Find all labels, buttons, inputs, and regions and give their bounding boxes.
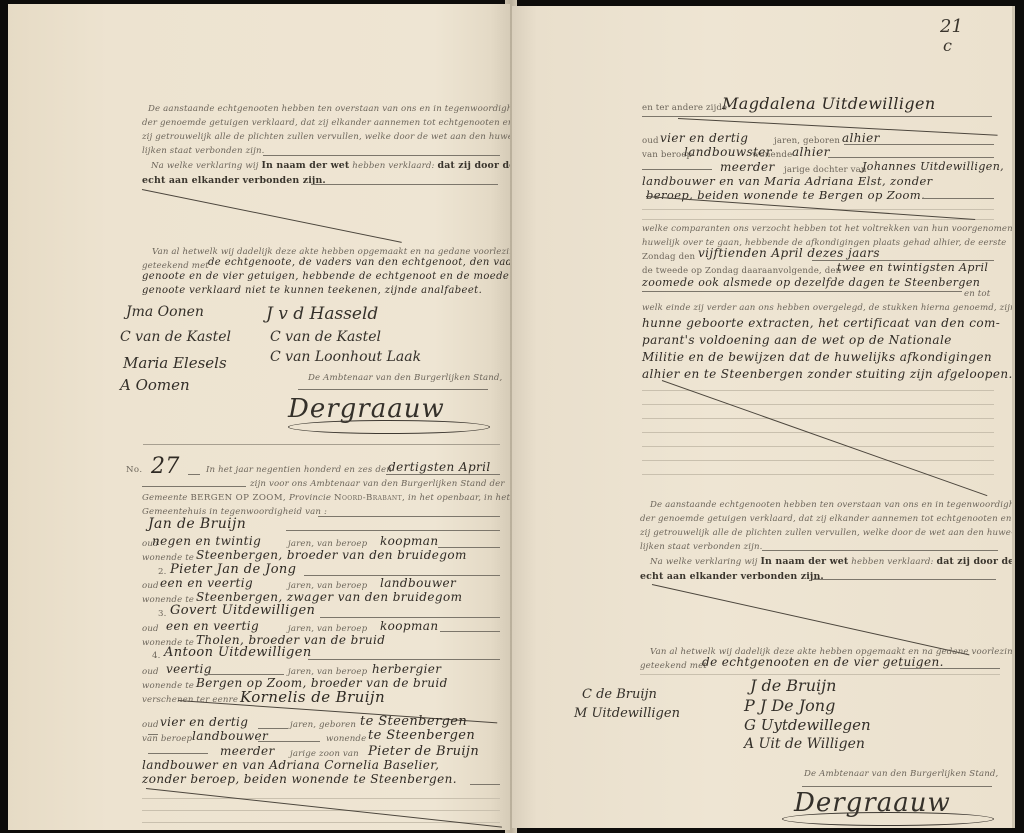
zondag-label: Zondag den: [642, 252, 695, 262]
strike-line: [652, 584, 970, 655]
fill-line: [642, 116, 992, 117]
closing-handwritten: genoote en de vier getuigen, hebbende de…: [142, 271, 510, 282]
closing-signed-label: geteekend met: [640, 661, 707, 671]
record-intro: In het jaar negentien honderd en zes den: [206, 465, 392, 475]
fill-line: [762, 550, 998, 551]
groom-parents: landbouwer en van Adriana Cornelia Basel…: [142, 758, 439, 772]
documents-handwritten: parant's voldoening aan de wet op de Nat…: [642, 333, 952, 347]
witness-occupation: koopman: [380, 619, 438, 633]
witness-name: Govert Uitdewilligen: [170, 603, 315, 618]
first-proclamation: vijftienden April dezes jaars: [698, 246, 880, 260]
pronouncement-middle: hebben verklaard:: [851, 557, 933, 567]
page-letter: c: [943, 36, 952, 55]
pronouncement-prefix: Na welke verklaring wij: [151, 161, 259, 171]
gemeente-label: Gemeente: [142, 493, 188, 503]
pronouncement-line: Na welke verklaring wij In naam der wet …: [650, 556, 1015, 567]
pronouncement-end: echt aan elkander verbonden zijn.: [142, 175, 326, 186]
andere-zijde-label: en ter andere zijde: [642, 103, 727, 113]
signature: C de Bruijn: [582, 687, 657, 702]
declaration-line: lijken staat verbonden zijn.: [142, 146, 265, 156]
ruled-line: [142, 822, 500, 823]
groom-parents: zonder beroep, beiden wonende te Steenbe…: [142, 772, 457, 786]
oud-label: oud: [142, 720, 159, 730]
groom-father: Pieter de Bruijn: [368, 744, 479, 759]
signature: G Uytdewillegen: [744, 716, 871, 734]
groom-residence: te Steenbergen: [368, 728, 475, 743]
groom-name: Kornelis de Bruijn: [240, 688, 385, 706]
witness-number: 4.: [152, 651, 161, 661]
ruled-line: [142, 798, 500, 799]
witness-age: negen en twintig: [152, 534, 261, 548]
bride-age: vier en dertig: [660, 131, 748, 145]
ruled-line: [642, 209, 994, 210]
signature: Jma Oonen: [126, 304, 204, 320]
right-page: 21 c en ter andere zijde Magdalena Uitde…: [512, 6, 1015, 828]
second-proclamation: twee en twintigsten April: [837, 261, 988, 274]
fill-line: [642, 291, 962, 292]
fill-line: [386, 474, 500, 475]
fill-line: [204, 674, 284, 675]
fill-line: [298, 389, 488, 390]
signature: C van Loonhout Laak: [270, 349, 421, 365]
pronouncement-line: Na welke verklaring wij In naam der wet …: [151, 160, 510, 171]
bride-status: meerder: [720, 160, 775, 174]
ruled-line: [642, 460, 994, 461]
wonende-label: wonende: [752, 150, 792, 160]
witness-occupation: herbergier: [372, 662, 441, 676]
fill-line: [286, 530, 500, 531]
pronouncement-prefix: Na welke verklaring wij: [650, 557, 758, 567]
documents-handwritten: Militie en de bewijzen dat de huwelijks …: [642, 350, 992, 364]
fill-line: [470, 784, 500, 785]
declaration-line: De aanstaande echtgenooten hebben ten ov…: [148, 104, 510, 114]
pronouncement-bold: dat zij door den: [936, 556, 1015, 567]
second-label: de tweede op Zondag daaraanvolgende, den: [642, 266, 841, 276]
record-no-label: No.: [126, 465, 142, 475]
official-label: De Ambtenaar van den Burgerlijken Stand,: [804, 769, 998, 779]
geboren-label: jaren, geboren: [290, 720, 356, 730]
pronouncement-bold: dat zij door den: [437, 160, 510, 171]
pronouncement-middle: hebben verklaard:: [352, 161, 434, 171]
closing-handwritten: de echtgenooten en de vier getuigen.: [702, 655, 944, 669]
oud-label: oud: [142, 667, 159, 677]
witness-residence: Steenbergen, zwager van den bruidegom: [196, 590, 462, 604]
record-number: 27: [151, 454, 180, 479]
openbaar-label: in het openbaar, in het: [408, 493, 510, 503]
closing-signed-label: geteekend met: [142, 261, 209, 271]
fill-line: [148, 734, 158, 735]
strike-line: [142, 189, 402, 243]
van-beroep-label: van beroep: [142, 734, 192, 744]
closing-handwritten: genoote verklaard niet te kunnen teekene…: [142, 285, 482, 296]
page-number: 21: [940, 16, 963, 37]
declaration-line: zij getrouwelijk alle de plichten zullen…: [640, 528, 1014, 538]
fill-line: [142, 486, 246, 487]
left-page: De aanstaande echtgenooten hebben ten ov…: [8, 4, 510, 830]
signature-flourish: [288, 420, 490, 434]
pronouncement-end: echt aan elkander verbonden zijn.: [640, 571, 824, 582]
ruled-line: [642, 474, 994, 475]
documents-label: welk einde zij verder aan ons hebben ove…: [642, 303, 1015, 313]
ruled-line: [642, 446, 994, 447]
signature: A Uit de Willigen: [744, 736, 865, 752]
ruled-line: [642, 404, 994, 405]
fill-line: [828, 157, 994, 158]
signature: Maria Elesels: [123, 354, 227, 372]
ruled-line: [642, 432, 994, 433]
request-line: welke comparanten ons verzocht hebben to…: [642, 224, 1013, 234]
witness-name: Antoon Uitdewilligen: [164, 645, 312, 660]
groom-age: vier en dertig: [160, 715, 248, 729]
record-date: dertigsten April: [388, 460, 491, 474]
groom-status: meerder: [220, 744, 275, 758]
fill-line: [148, 753, 208, 754]
ruled-line: [640, 674, 1000, 675]
pronouncement-bold: In naam der wet: [760, 556, 848, 567]
fill-line: [318, 516, 500, 517]
declaration-line: der genoemde getuigen verklaard, dat zij…: [142, 118, 510, 128]
declaration-line: zij getrouwelijk alle de plichten zullen…: [142, 132, 510, 142]
wonende-label: wonende: [326, 734, 366, 744]
fill-line: [263, 155, 500, 156]
signature-flourish: [782, 812, 994, 826]
fill-line: [311, 184, 498, 185]
signature: P J De Jong: [744, 696, 835, 715]
third-proclamation: zoomede ook alsmede op dezelfde dagen te…: [642, 276, 980, 289]
signature: M Uitdewilligen: [574, 706, 680, 721]
en-tot-label: en tot: [964, 289, 990, 299]
city-name: BERGEN OP ZOOM,: [190, 493, 286, 503]
bride-residence: alhier: [792, 145, 830, 159]
provincie-label: Provincie: [289, 493, 331, 503]
bride-father: Johannes Uitdewilligen,: [862, 160, 1004, 173]
record-intro: zijn voor ons Ambtenaar van den Burgerli…: [250, 479, 505, 489]
fill-line: [308, 659, 500, 660]
fill-line: [642, 169, 712, 170]
witness-age: een en veertig: [160, 576, 253, 590]
declaration-line: lijken staat verbonden zijn.: [640, 542, 763, 552]
oud-label: oud: [142, 581, 159, 591]
closing-handwritten: de echtgenoote, de vaders van den echtge…: [208, 257, 510, 268]
signature: J de Bruijn: [750, 676, 836, 695]
groom-occupation: landbouwer: [192, 729, 268, 743]
fill-line: [900, 668, 1000, 669]
record-intro: Gemeente BERGEN OP ZOOM, Provincie Noord…: [142, 493, 510, 503]
bride-parents: landbouwer en van Maria Adriana Elst, zo…: [642, 174, 933, 188]
declaration-line: der genoemde getuigen verklaard, dat zij…: [640, 514, 1015, 524]
strike-line: [662, 380, 988, 496]
signature: C van de Kastel: [120, 329, 231, 345]
witness-name: Jan de Bruijn: [148, 516, 246, 532]
groom-birthplace: te Steenbergen: [360, 714, 467, 729]
bride-birthplace: alhier: [842, 131, 880, 145]
ruled-line: [642, 219, 994, 220]
fill-line: [844, 144, 994, 145]
signature: A Oomen: [120, 376, 190, 394]
documents-handwritten: hunne geboorte extracten, het certificaa…: [642, 316, 1000, 330]
documents-handwritten: alhier en te Steenbergen zonder stuiting…: [642, 367, 1013, 381]
signature: C van de Kastel: [270, 329, 381, 345]
fill-line: [802, 786, 992, 787]
witness-occupation: landbouwer: [380, 576, 456, 590]
province-name: Noord-Brabant,: [334, 493, 405, 503]
witness-residence: Steenbergen, broeder van den bruidegom: [196, 548, 467, 562]
pronouncement-bold: In naam der wet: [261, 160, 349, 171]
witness-age: een en veertig: [166, 619, 259, 633]
fill-line: [812, 579, 996, 580]
declaration-line: De aanstaande echtgenooten hebben ten ov…: [650, 500, 1015, 510]
fill-line: [258, 741, 320, 742]
section-divider: [143, 444, 500, 445]
bride-name: Magdalena Uitdewilligen: [722, 94, 936, 113]
oud-label: oud: [642, 136, 659, 146]
oud-label: oud: [142, 624, 159, 634]
fill-line: [922, 198, 994, 199]
fill-line: [188, 474, 200, 475]
signature: J v d Hasseld: [266, 304, 378, 324]
witness-name: Pieter Jan de Jong: [170, 562, 296, 577]
ruled-line: [142, 810, 500, 811]
wonende-label: wonende te: [142, 681, 194, 691]
official-label: De Ambtenaar van den Burgerlijken Stand,: [308, 373, 502, 383]
witness-occupation: koopman: [380, 534, 438, 548]
fill-line: [440, 631, 500, 632]
ruled-line: [642, 418, 994, 419]
witness-number: 3.: [158, 609, 167, 619]
fill-line: [320, 617, 500, 618]
closing-printed: Van al hetwelk wij dadelijk deze akte he…: [152, 247, 510, 257]
